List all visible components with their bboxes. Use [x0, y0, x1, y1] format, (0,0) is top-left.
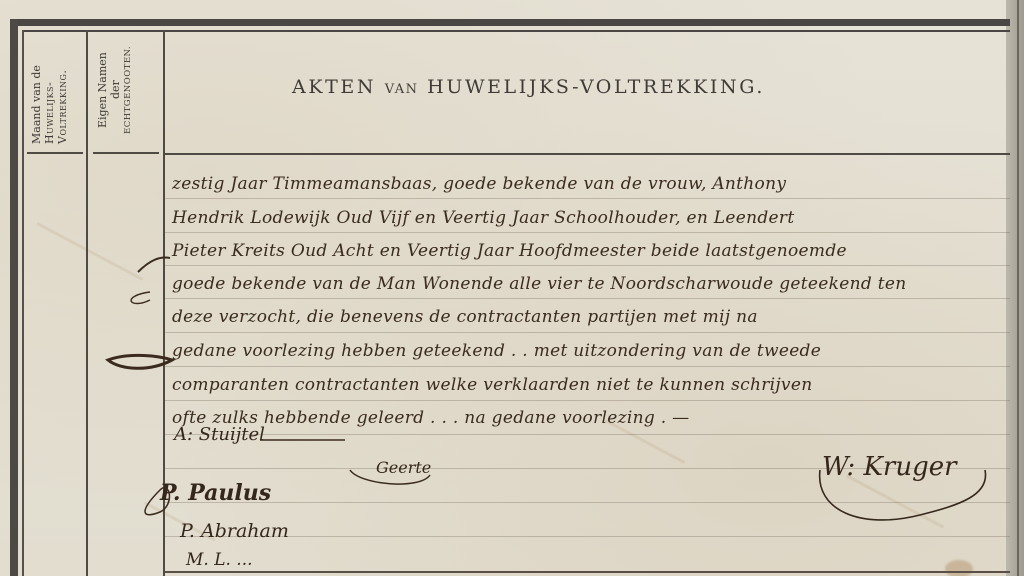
document-page: Maand van de Huwelijks- Voltrekking. Eig…	[0, 0, 1024, 576]
pen-flourishes	[0, 0, 1024, 576]
